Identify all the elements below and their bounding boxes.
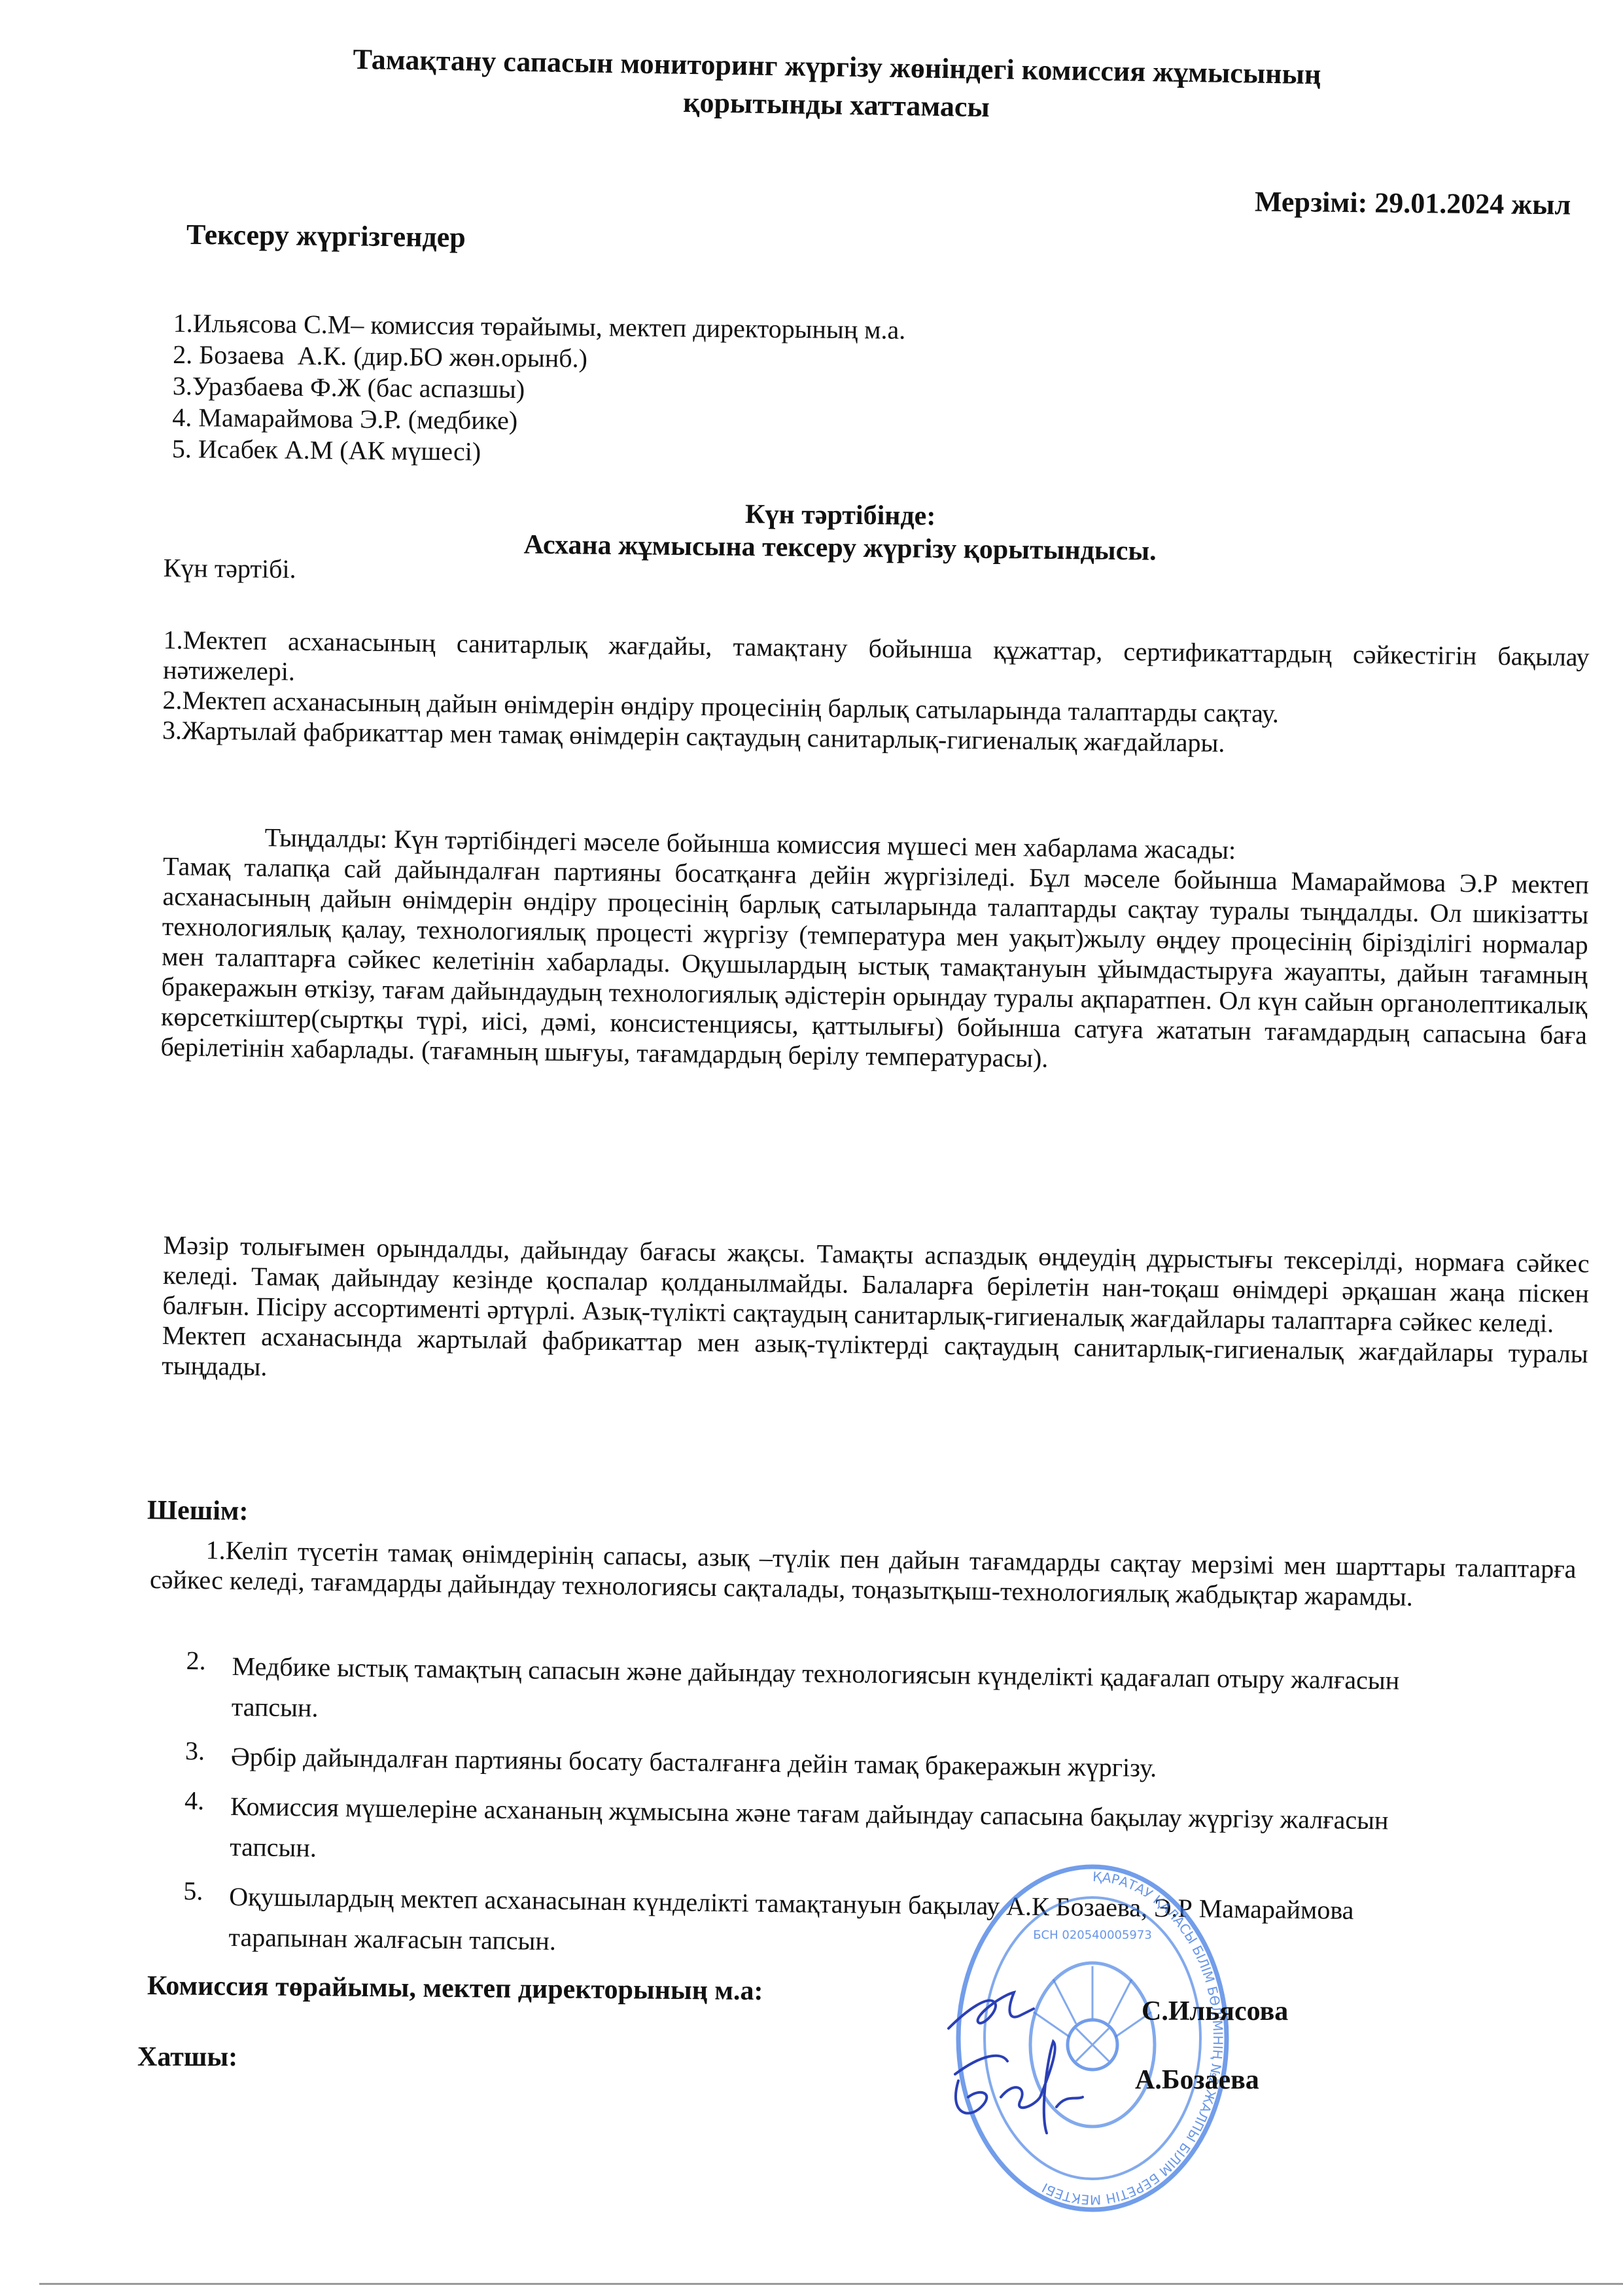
secretary-label: Хатшы: (137, 2041, 237, 2073)
heard-section: Тыңдалды: Күн тәртібіндегі мәселе бойынш… (160, 821, 1590, 1081)
findings-section: Мәзір толығымен орындалды, дайындау баға… (162, 1230, 1590, 1400)
document-title: Тамақтану сапасын мониторинг жүргізу жөн… (273, 39, 1400, 133)
secretary-name: А.Бозаева (1135, 2064, 1259, 2096)
decision-number: 2. (185, 1646, 232, 1727)
decision-item-1: 1.Келіп түсетін тамақ өнімдерінің сапасы… (150, 1534, 1577, 1614)
decision-item: 3. Әрбір дайындалған партияны босату бас… (185, 1736, 1429, 1792)
decision-first: 1.Келіп түсетін тамақ өнімдерінің сапасы… (150, 1534, 1577, 1614)
agenda-items: 1.Мектеп асханасының санитарлық жағдайы,… (162, 625, 1590, 763)
decision-heading: Шешім: (147, 1494, 249, 1527)
decision-item: 4. Комиссия мүшелеріне асхананың жұмысын… (184, 1786, 1427, 1882)
chair-signature-icon (942, 1983, 1040, 2041)
scan-edge-divider (39, 2283, 1623, 2285)
decision-text: Комиссия мүшелеріне асхананың жұмысына ж… (230, 1786, 1427, 1882)
decision-number: 4. (184, 1786, 231, 1867)
document-date: Мерзімі: 29.01.2024 жыл (1255, 185, 1571, 221)
decision-text: Әрбір дайындалған партияны босату бастал… (231, 1737, 1429, 1792)
inspectors-list: 1.Ильясова С.М– комиссия төрайымы, мекте… (172, 308, 1155, 474)
decision-item: 2. Медбике ыстық тамақтың сапасын және д… (185, 1646, 1429, 1742)
decision-text: Оқушылардың мектеп асханасынан күнделікт… (228, 1877, 1426, 1972)
decision-number: 5. (183, 1876, 230, 1958)
svg-text:БСН 020540005973: БСН 020540005973 (1033, 1928, 1152, 1942)
secretary-signature-icon (942, 2035, 1092, 2140)
chair-label: Комиссия төрайымы, мектеп директорының м… (147, 1970, 763, 2007)
chair-name: С.Ильясова (1142, 1996, 1288, 2027)
decision-number: 3. (185, 1736, 232, 1777)
decision-item: 5. Оқушылардың мектеп асханасынан күндел… (183, 1876, 1426, 1972)
document-page: Тамақтану сапасын мониторинг жүргізу жөн… (0, 0, 1623, 2296)
decision-text: Медбике ыстық тамақтың сапасын және дайы… (231, 1646, 1429, 1742)
heard-body: Тамақ талапқа сай дайындалған партияны б… (160, 851, 1589, 1081)
inspectors-heading: Тексеру жүргізгендер (186, 218, 466, 254)
decision-list: 2. Медбике ыстық тамақтың сапасын және д… (183, 1646, 1429, 1981)
